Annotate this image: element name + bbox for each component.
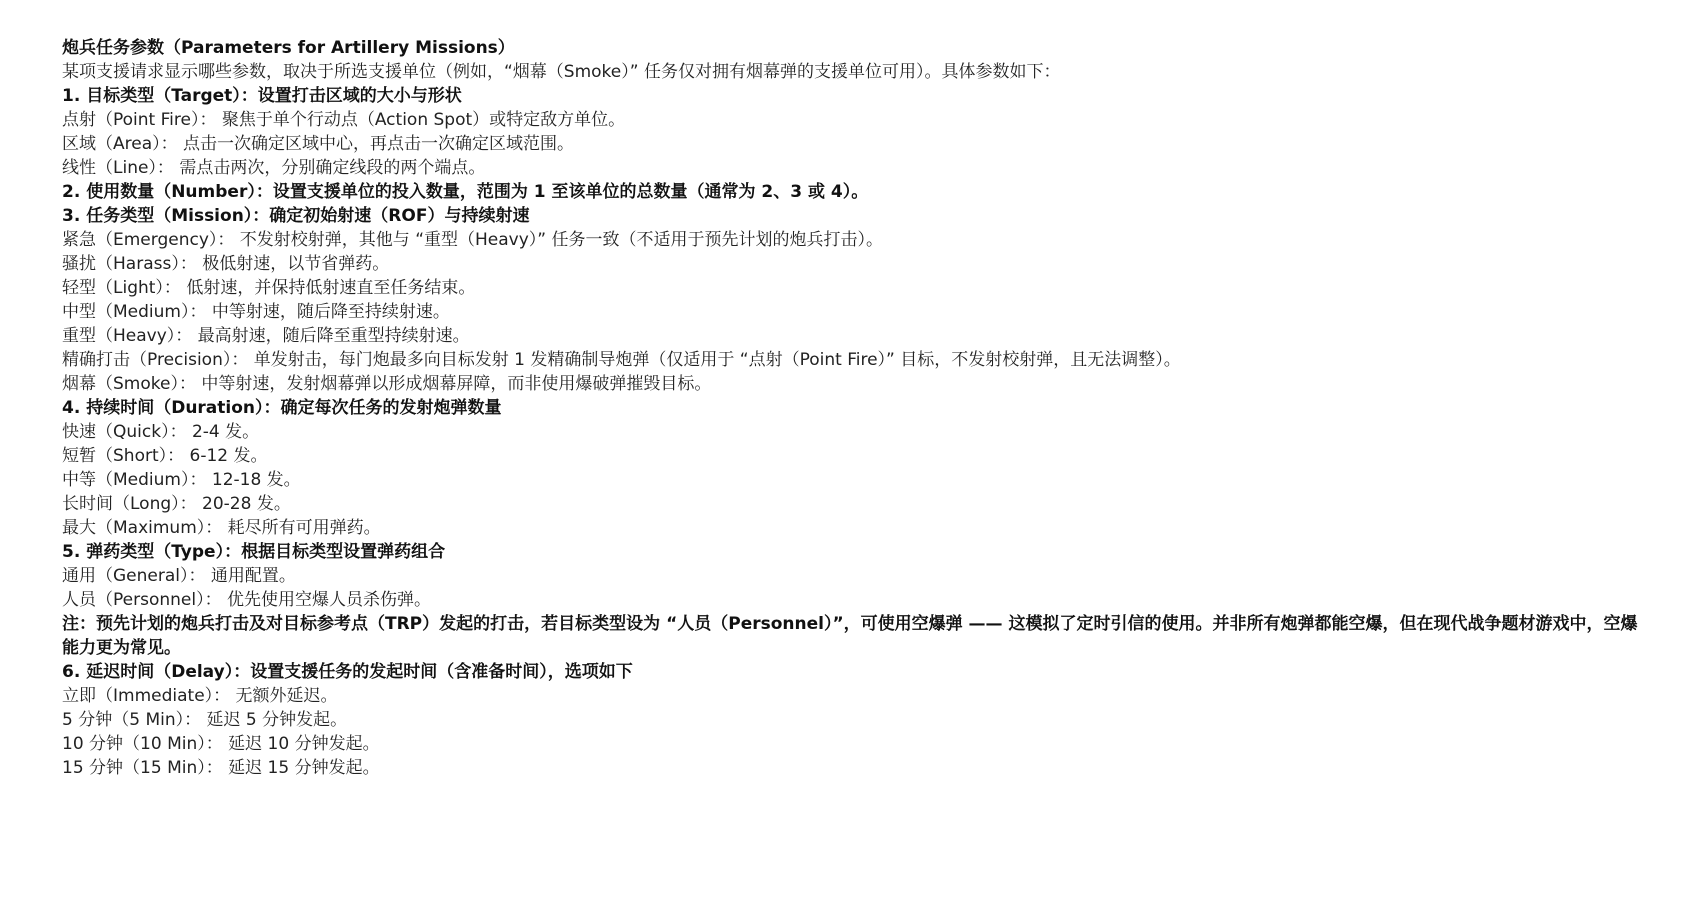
section-heading-number: 2. 使用数量（Number）：设置支援单位的投入数量，范围为 1 至该单位的总… [62,180,1662,204]
section-heading-target: 1. 目标类型（Target）：设置打击区域的大小与形状 [62,84,1662,108]
list-item-short: 短暂（Short）： 6-12 发。 [62,444,1662,468]
list-item-harass: 骚扰（Harass）： 极低射速，以节省弹药。 [62,252,1662,276]
list-item-point-fire: 点射（Point Fire）： 聚焦于单个行动点（Action Spot）或特定… [62,108,1662,132]
document-body: 炮兵任务参数（Parameters for Artillery Missions… [62,36,1662,780]
list-item-long: 长时间（Long）： 20-28 发。 [62,492,1662,516]
list-item-precision: 精确打击（Precision）： 单发射击，每门炮最多向目标发射 1 发精确制导… [62,348,1662,372]
list-item-light: 轻型（Light）： 低射速，并保持低射速直至任务结束。 [62,276,1662,300]
list-item-15-min: 15 分钟（15 Min）： 延迟 15 分钟发起。 [62,756,1662,780]
list-item-medium: 中型（Medium）： 中等射速，随后降至持续射速。 [62,300,1662,324]
list-item-personnel: 人员（Personnel）： 优先使用空爆人员杀伤弹。 [62,588,1662,612]
list-item-smoke: 烟幕（Smoke）： 中等射速，发射烟幕弹以形成烟幕屏障，而非使用爆破弹摧毁目标… [62,372,1662,396]
intro-paragraph: 某项支援请求显示哪些参数，取决于所选支援单位（例如，“烟幕（Smoke）” 任务… [62,60,1662,84]
list-item-5-min: 5 分钟（5 Min）： 延迟 5 分钟发起。 [62,708,1662,732]
list-item-heavy: 重型（Heavy）： 最高射速，随后降至重型持续射速。 [62,324,1662,348]
section-heading-type: 5. 弹药类型（Type）：根据目标类型设置弹药组合 [62,540,1662,564]
list-item-10-min: 10 分钟（10 Min）： 延迟 10 分钟发起。 [62,732,1662,756]
list-item-line: 线性（Line）： 需点击两次，分别确定线段的两个端点。 [62,156,1662,180]
list-item-emergency: 紧急（Emergency）： 不发射校射弹，其他与 “重型（Heavy）” 任务… [62,228,1662,252]
document-title: 炮兵任务参数（Parameters for Artillery Missions… [62,36,1662,60]
list-item-immediate: 立即（Immediate）： 无额外延迟。 [62,684,1662,708]
list-item-area: 区域（Area）： 点击一次确定区域中心，再点击一次确定区域范围。 [62,132,1662,156]
section-heading-delay: 6. 延迟时间（Delay）：设置支援任务的发起时间（含准备时间），选项如下 [62,660,1662,684]
note-paragraph: 注：预先计划的炮兵打击及对目标参考点（TRP）发起的打击，若目标类型设为 “人员… [62,612,1652,660]
section-heading-duration: 4. 持续时间（Duration）：确定每次任务的发射炮弹数量 [62,396,1662,420]
section-heading-mission: 3. 任务类型（Mission）：确定初始射速（ROF）与持续射速 [62,204,1662,228]
list-item-medium-duration: 中等（Medium）： 12-18 发。 [62,468,1662,492]
list-item-maximum: 最大（Maximum）： 耗尽所有可用弹药。 [62,516,1662,540]
list-item-quick: 快速（Quick）： 2-4 发。 [62,420,1662,444]
list-item-general: 通用（General）： 通用配置。 [62,564,1662,588]
